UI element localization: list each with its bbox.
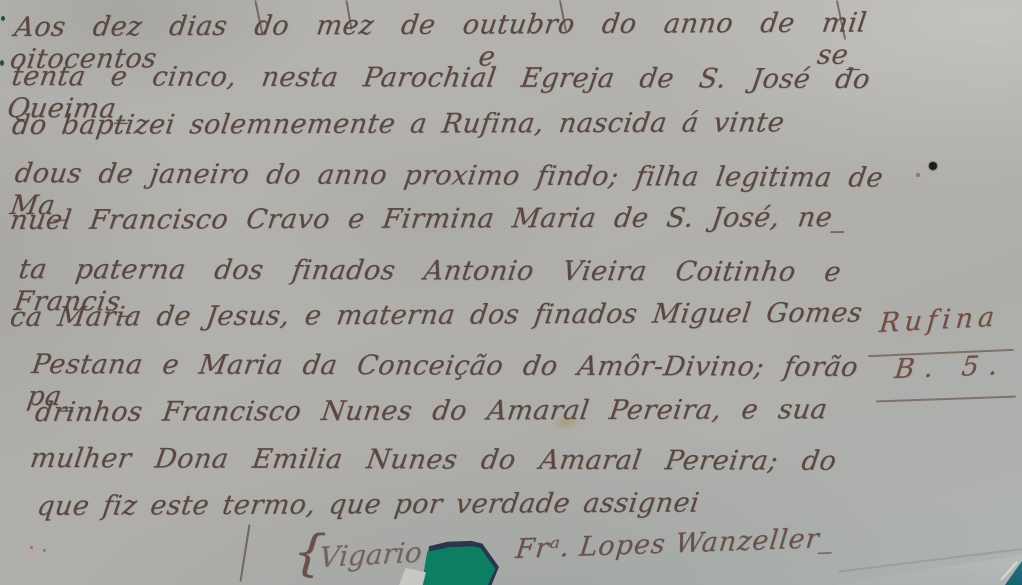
margin-note-ref: B. 5. [893,350,1009,385]
manuscript-line: mulher Dona Emilia Nunes do Amaral Perei… [28,443,839,478]
manuscript-line: do baptizei solemnemente a Rufina, nasci… [10,107,786,142]
manuscript-line: ca Maria de Jesus, e materna dos finados… [8,298,864,334]
signature-prefix: Vigario [318,535,423,574]
speck [1,16,5,21]
speck [30,546,33,549]
speck [916,173,920,177]
stain [550,415,582,430]
manuscript-line: drinhos Francisco Nunes do Amaral Pereir… [33,394,829,429]
manuscript-line: nuel Francisco Cravo e Firmina Maria de … [8,202,848,237]
manuscript-page: Aos dez dias do mez de outubro do anno d… [0,0,1022,585]
speck [0,60,4,66]
speck [43,549,46,552]
ink-dot [929,162,937,170]
margin-note-name: Rufina [878,302,1000,339]
pen-stroke [239,524,250,582]
paper-sliver [399,568,426,585]
signature-name: Frᵃ. Lopes Wanzeller_ [514,523,836,565]
margin-underline [876,396,1016,403]
manuscript-line: que fiz este termo, que por verdade assi… [35,488,701,523]
